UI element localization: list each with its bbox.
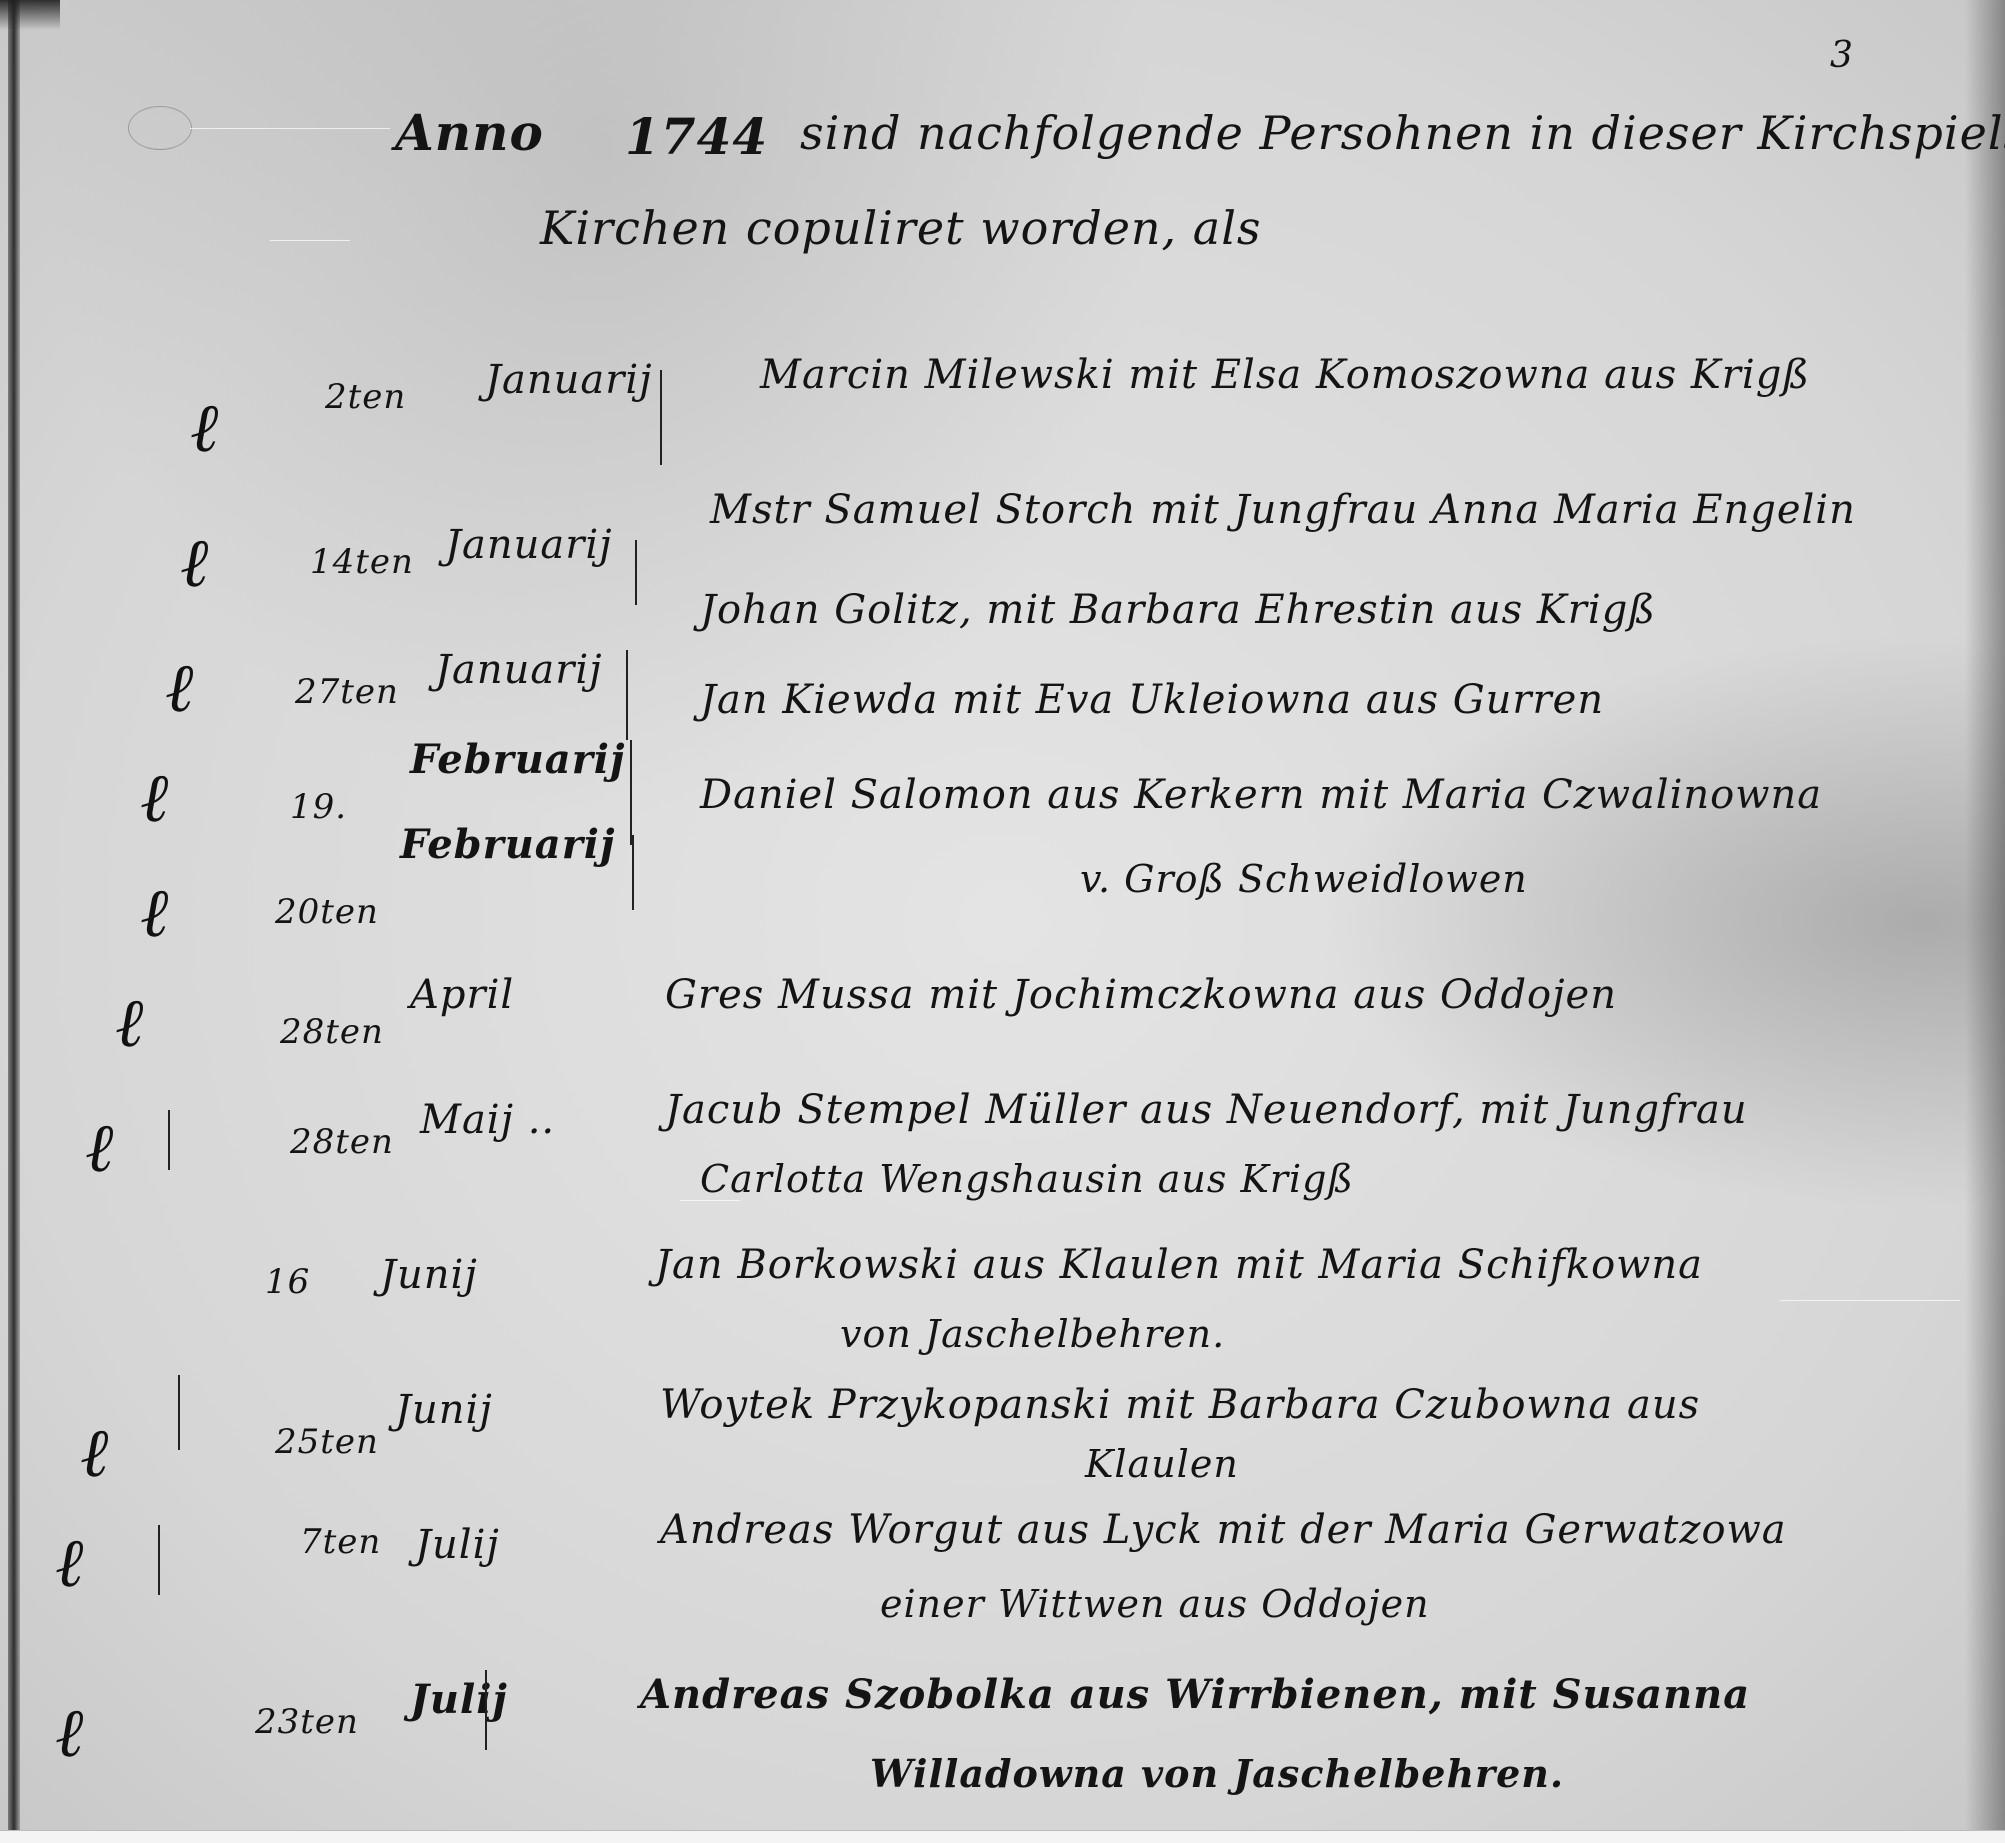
entry-month: Februarij xyxy=(410,740,625,780)
entry-bracket xyxy=(626,650,628,740)
entry-day: 2ten xyxy=(325,380,406,414)
paper-crease xyxy=(1780,1300,1960,1301)
anno-word: Anno xyxy=(395,108,544,158)
entry-bracket xyxy=(632,835,634,910)
margin-mark-icon: ℓ xyxy=(80,1420,108,1488)
paper-crease xyxy=(270,240,350,241)
margin-mark-icon: ℓ xyxy=(140,880,168,948)
entry-month: Januarij xyxy=(445,525,613,565)
entry-month: Julij xyxy=(415,1525,500,1565)
entry-day: 20ten xyxy=(275,895,379,929)
entry-day: 28ten xyxy=(290,1125,394,1159)
binding-spine xyxy=(8,0,20,1843)
margin-mark-icon: ℓ xyxy=(85,1115,113,1183)
next-line-cutoff xyxy=(0,1830,2005,1843)
entry-continuation: Klaulen xyxy=(1085,1445,1239,1483)
entry-day: 28ten xyxy=(280,1015,384,1049)
entry-month: Januarij xyxy=(435,650,603,690)
margin-mark-icon: ℓ xyxy=(165,655,193,723)
entry-day: 19. xyxy=(290,790,347,824)
entry-text: Jan Kiewda mit Eva Ukleiowna aus Gurren xyxy=(700,680,1604,720)
margin-mark-icon: ℓ xyxy=(180,530,208,598)
margin-mark-icon: ℓ xyxy=(190,395,218,463)
entry-day: 25ten xyxy=(275,1425,379,1459)
entry-text: Gres Mussa mit Jochimczkowna aus Oddojen xyxy=(665,975,1617,1015)
entry-text: Jan Borkowski aus Klaulen mit Maria Schi… xyxy=(655,1245,1703,1285)
entry-day: 23ten xyxy=(255,1705,359,1739)
entry-text: Andreas Worgut aus Lyck mit der Maria Ge… xyxy=(660,1510,1787,1550)
entry-day: 14ten xyxy=(310,545,414,579)
margin-mark-icon: ℓ xyxy=(115,990,143,1058)
entry-continuation: Willadowna von Jaschelbehren. xyxy=(870,1755,1564,1793)
margin-mark-icon: ℓ xyxy=(55,1530,83,1598)
margin-mark-icon: ℓ xyxy=(140,765,168,833)
heading-line-1: sind nachfolgende Persohnen in dieser Ki… xyxy=(800,110,2005,156)
entry-bracket xyxy=(168,1110,170,1170)
entry-text: Marcin Milewski mit Elsa Komoszowna aus … xyxy=(760,355,1810,395)
year: 1744 xyxy=(625,112,768,162)
entry-text: Mstr Samuel Storch mit Jungfrau Anna Mar… xyxy=(710,490,1856,530)
entry-bracket xyxy=(635,540,637,605)
corner-page-mark: 3 xyxy=(1830,38,1854,74)
entry-bracket xyxy=(178,1375,180,1450)
entry-text: Woytek Przykopanski mit Barbara Czubowna… xyxy=(660,1385,1700,1425)
entry-day: 16 xyxy=(265,1265,310,1299)
entry-month: Junij xyxy=(380,1255,478,1295)
entry-bracket xyxy=(485,1670,487,1750)
entry-bracket xyxy=(158,1525,160,1595)
entry-month: Julij xyxy=(410,1680,508,1720)
entry-bracket xyxy=(630,740,632,845)
margin-mark-icon: ℓ xyxy=(55,1700,83,1768)
faint-stamp-mark xyxy=(128,106,192,150)
entry-continuation: einer Wittwen aus Oddojen xyxy=(880,1585,1430,1623)
entry-month: Junij xyxy=(395,1390,493,1430)
entry-continuation: von Jaschelbehren. xyxy=(840,1315,1225,1353)
page-edge-shadow xyxy=(1965,0,2005,1843)
entry-text: Andreas Szobolka aus Wirrbienen, mit Sus… xyxy=(640,1675,1750,1715)
entry-month: Februarij xyxy=(400,825,615,865)
register-page: Anno 1744 sind nachfolgende Persohnen in… xyxy=(0,0,2005,1843)
entry-text: Jacub Stempel Müller aus Neuendorf, mit … xyxy=(665,1090,1748,1130)
paper-crease xyxy=(190,128,390,129)
entry-text: Daniel Salomon aus Kerkern mit Maria Czw… xyxy=(700,775,1822,815)
entry-bracket xyxy=(660,370,662,465)
entry-month: Januarij xyxy=(485,360,653,400)
entry-day: 27ten xyxy=(295,675,399,709)
binding-corner-shadow xyxy=(0,0,60,30)
heading-line-2: Kirchen copuliret worden, als xyxy=(540,205,1262,251)
entry-continuation: v. Groß Schweidlowen xyxy=(1080,860,1528,898)
entry-day: 7ten xyxy=(300,1525,381,1559)
entry-month: Maij .. xyxy=(420,1100,555,1140)
entry-continuation: Carlotta Wengshausin aus Krigß xyxy=(700,1160,1354,1198)
entry-month: April xyxy=(410,975,514,1015)
entry-text: Johan Golitz, mit Barbara Ehrestin aus K… xyxy=(700,590,1656,630)
